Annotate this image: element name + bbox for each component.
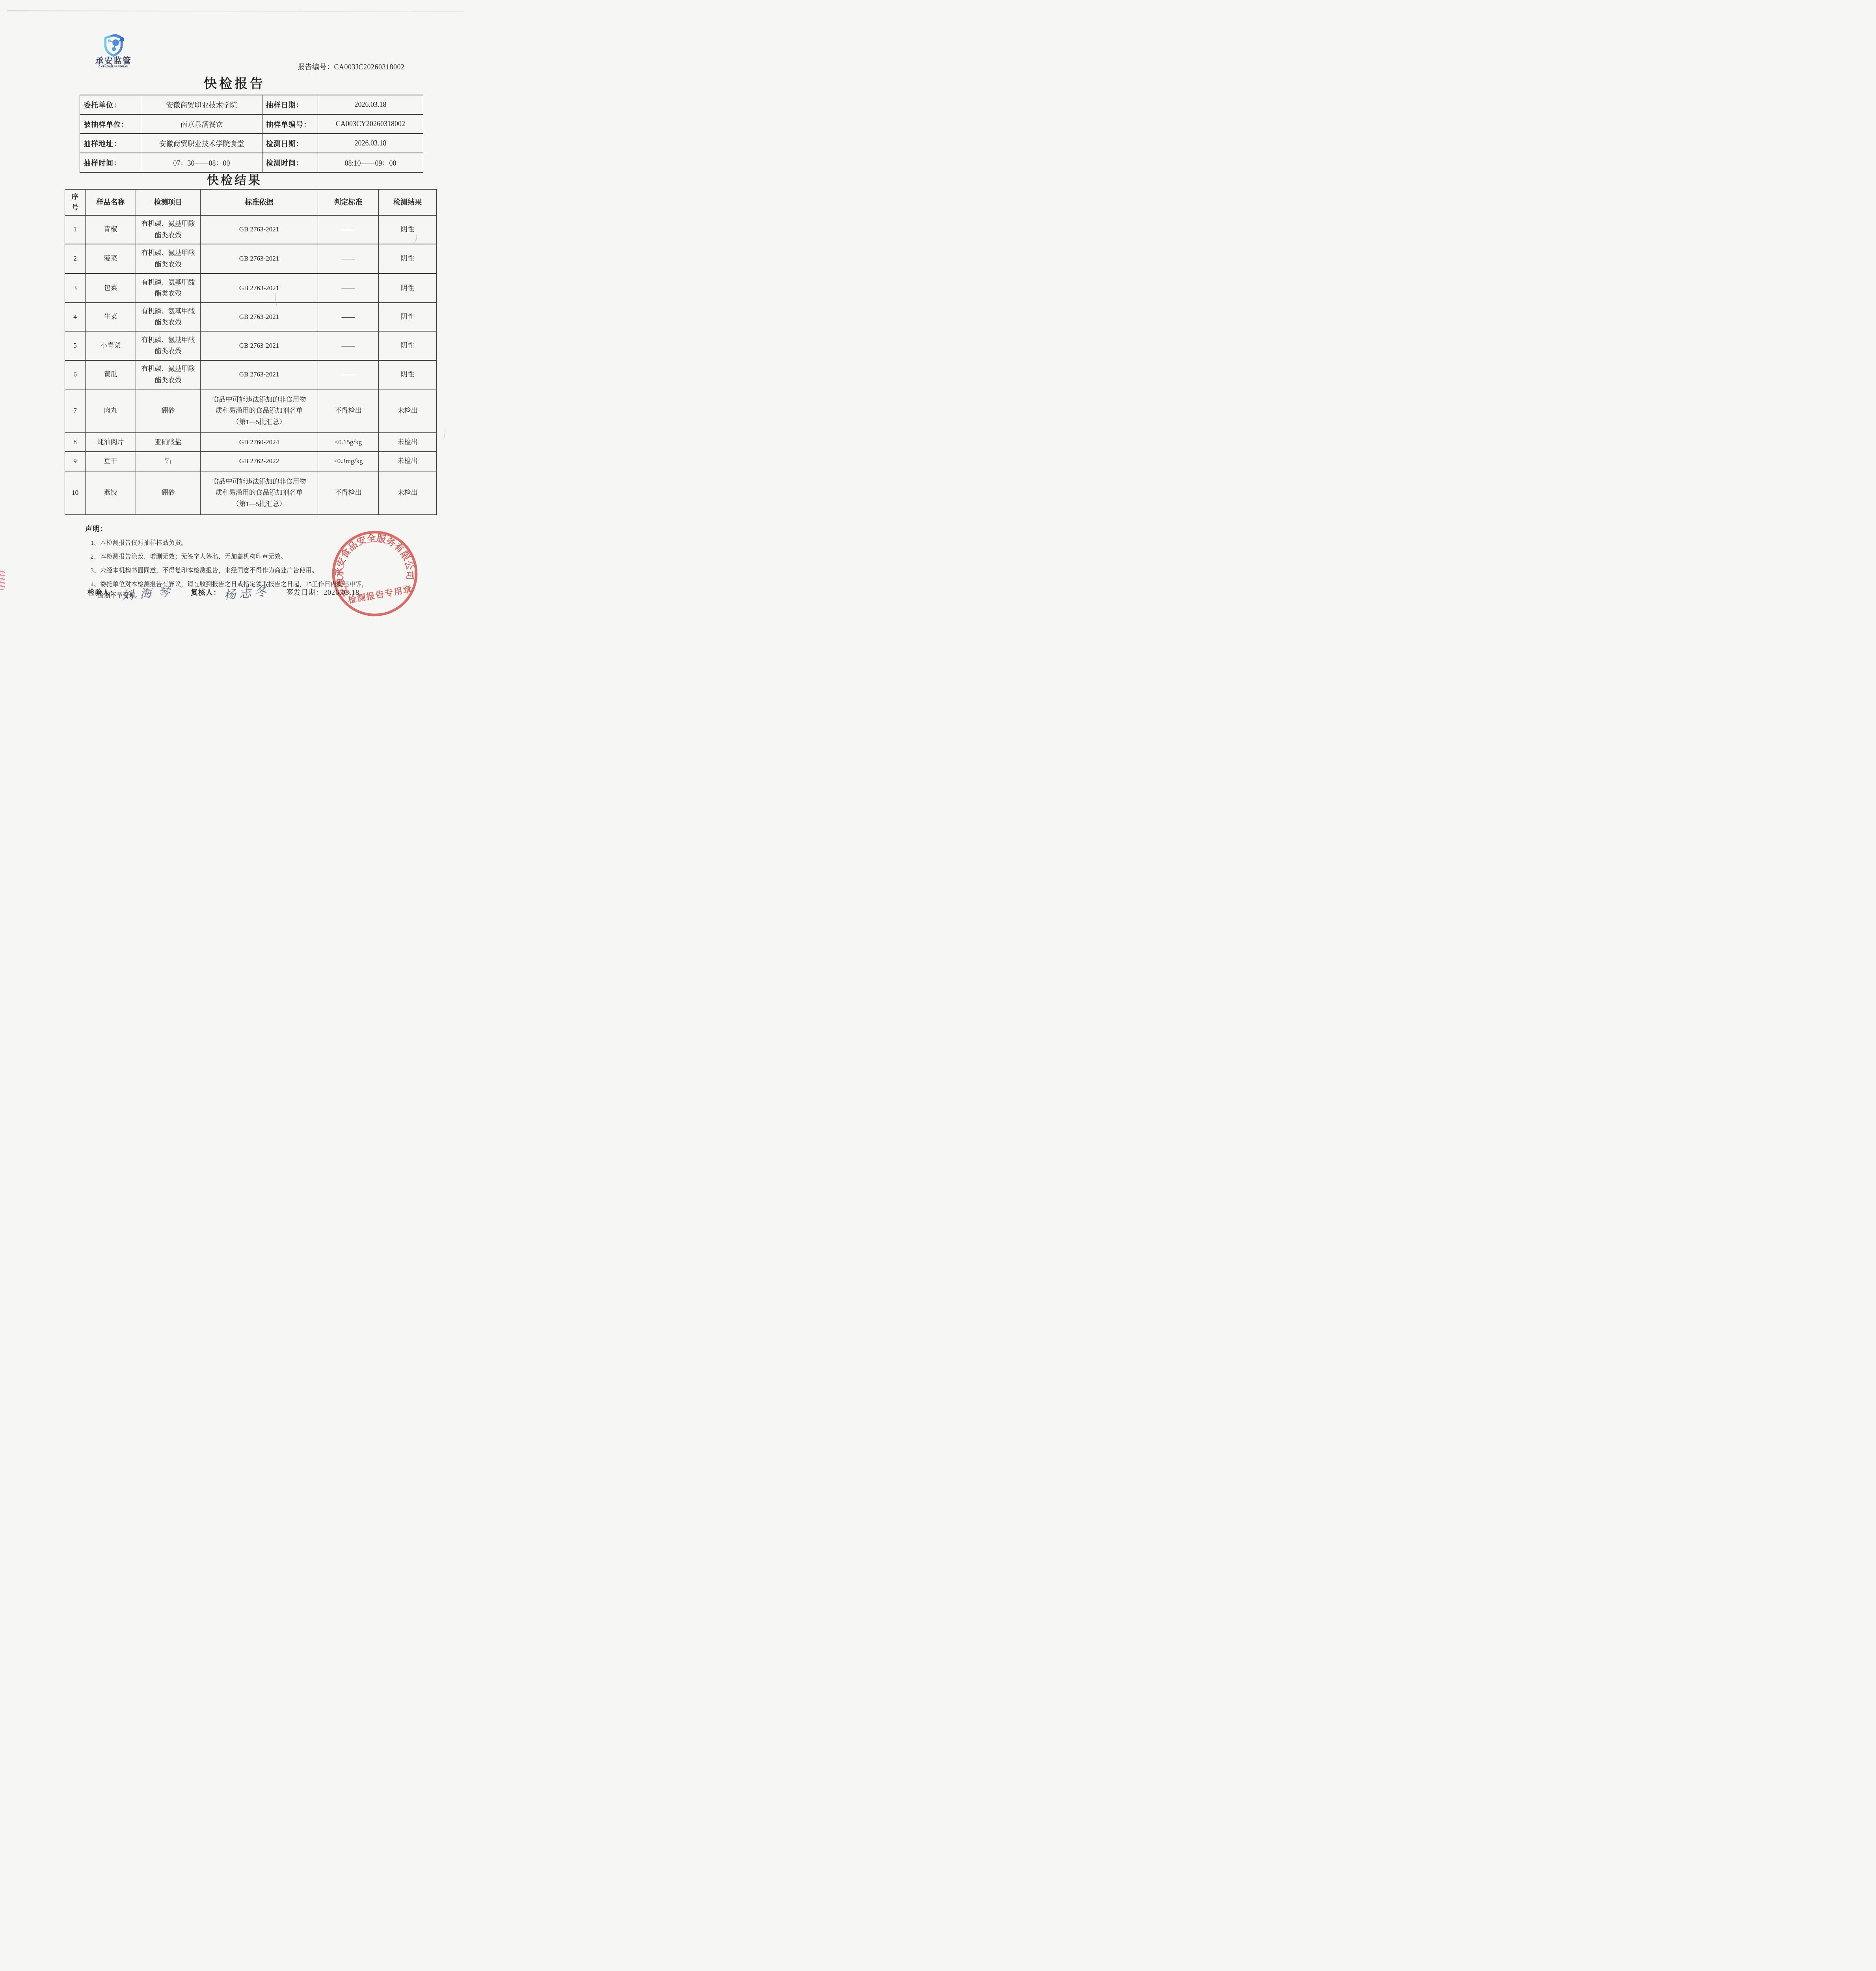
- result-cell: 硼砂: [136, 471, 201, 515]
- result-cell: 菠菜: [86, 244, 136, 274]
- result-cell: ——: [318, 331, 379, 360]
- info-label-cell: 委托单位：: [80, 95, 141, 114]
- result-cell: 未检出: [379, 452, 437, 471]
- result-cell: GB 2763-2021: [201, 244, 318, 274]
- result-cell: 有机磷、氨基甲酸酯类农残: [136, 274, 201, 303]
- result-cell: 未检出: [379, 389, 437, 433]
- info-label-cell: 抽样时间：: [80, 153, 141, 172]
- result-cell: 阴性: [379, 331, 437, 360]
- result-cell: GB 2763-2021: [201, 303, 318, 331]
- result-cell: GB 2762-2022: [201, 452, 318, 471]
- result-row: 4生菜有机磷、氨基甲酸酯类农残GB 2763-2021——阴性: [65, 303, 437, 331]
- result-row: 10燕饺硼砂食品中可能违法添加的非食用物质和易滥用的食品添加剂名单（第1—5批汇…: [65, 471, 437, 515]
- result-cell: GB 2763-2021: [201, 215, 318, 244]
- column-header-standard: 标准依据: [201, 189, 318, 215]
- result-cell: GB 2763-2021: [201, 360, 318, 389]
- column-header-result: 检测结果: [379, 189, 437, 215]
- report-number-value: CA003JC20260318002: [334, 63, 405, 71]
- result-row: 9豆干铅GB 2762-2022≤0.3mg/kg未检出: [65, 452, 437, 471]
- scanned-report-page: { "logo": { "title": "承安监管", "subtitle":…: [0, 0, 469, 663]
- info-row: 被抽样单位：南京泉满餐饮抽样单编号：CA003CY20260318002: [80, 114, 423, 134]
- organization-logo: 承安监管 CHENGANJIANGUAN: [94, 33, 133, 68]
- result-cell: 硼砂: [136, 389, 201, 433]
- result-cell: 8: [65, 433, 86, 452]
- result-cell: 有机磷、氨基甲酸酯类农残: [136, 244, 201, 274]
- result-cell: 6: [65, 360, 86, 389]
- result-cell: 有机磷、氨基甲酸酯类农残: [136, 303, 201, 331]
- result-cell: 3: [65, 274, 86, 303]
- info-row: 委托单位：安徽商贸职业技术学院抽样日期：2026.03.18: [80, 95, 423, 114]
- report-number: 报告编号：CA003JC20260318002: [298, 61, 405, 72]
- column-header-item: 检测项目: [136, 189, 201, 215]
- result-cell: 7: [65, 389, 86, 433]
- issue-date-label: 签发日期：: [286, 589, 324, 596]
- result-cell: 有机磷、氨基甲酸酯类农残: [136, 360, 201, 389]
- result-cell: ——: [318, 244, 379, 274]
- result-cell: 有机磷、氨基甲酸酯类农残: [136, 215, 201, 244]
- result-cell: ≤0.3mg/kg: [318, 452, 379, 471]
- result-cell: 铅: [136, 452, 201, 471]
- result-cell: ——: [318, 360, 379, 389]
- column-header-seq: 序号: [65, 189, 86, 215]
- info-value-cell: 南京泉满餐饮: [141, 114, 262, 134]
- result-cell: 未检出: [379, 433, 437, 452]
- logo-subtitle: CHENGANJIANGUAN: [94, 65, 133, 68]
- result-cell: 1: [65, 215, 86, 244]
- scan-artifact-mark: [440, 428, 446, 440]
- result-cell: 阴性: [379, 303, 437, 331]
- shield-molecule-icon: [94, 33, 133, 57]
- result-cell: GB 2763-2021: [201, 274, 318, 303]
- column-header-criterion: 判定标准: [318, 189, 379, 215]
- result-cell: 包菜: [86, 274, 136, 303]
- scan-artifact-line: [7, 10, 464, 11]
- result-cell: ——: [318, 274, 379, 303]
- info-row: 抽样地址：安徽商贸职业技术学院食堂检测日期：2026.03.18: [80, 134, 423, 153]
- info-label-cell: 抽样单编号：: [262, 114, 318, 134]
- document-title: 快检报告: [0, 73, 469, 92]
- inspector-label: 检验人：: [87, 587, 117, 597]
- info-label-cell: 抽样地址：: [80, 134, 141, 153]
- info-value-cell: CA003CY20260318002: [318, 114, 423, 134]
- statement-title: 声明：: [85, 523, 369, 534]
- result-row: 7肉丸硼砂食品中可能违法添加的非食用物质和易滥用的食品添加剂名单（第1—5批汇总…: [65, 389, 437, 433]
- result-cell: 小青菜: [86, 331, 136, 360]
- result-cell: 蚝油肉片: [86, 433, 136, 452]
- result-cell: 2: [65, 244, 86, 274]
- info-value-cell: 安徽商贸职业技术学院: [141, 95, 262, 114]
- logo-title: 承安监管: [94, 57, 133, 65]
- result-cell: 4: [65, 303, 86, 331]
- info-value-cell: 2026.03.18: [318, 95, 423, 114]
- result-cell: 5: [65, 331, 86, 360]
- results-header-row: 序号 样品名称 检测项目 标准依据 判定标准 检测结果: [65, 189, 437, 215]
- info-label-cell: 被抽样单位：: [80, 114, 141, 134]
- result-cell: 燕饺: [86, 471, 136, 515]
- info-value-cell: 07：30——08：00: [141, 153, 262, 172]
- info-row: 抽样时间：07：30——08：00检测时间：08:10——09：00: [80, 153, 423, 172]
- result-cell: 青椒: [86, 215, 136, 244]
- column-header-sample: 样品名称: [86, 189, 136, 215]
- result-cell: GB 2763-2021: [201, 331, 318, 360]
- result-cell: 阴性: [379, 274, 437, 303]
- result-row: 1青椒有机磷、氨基甲酸酯类农残GB 2763-2021——阴性: [65, 215, 437, 244]
- result-cell: 不得检出: [318, 471, 379, 515]
- report-number-label: 报告编号：: [298, 63, 334, 71]
- result-cell: 阴性: [379, 244, 437, 274]
- result-cell: 不得检出: [318, 389, 379, 433]
- results-table-body: 1青椒有机磷、氨基甲酸酯类农残GB 2763-2021——阴性2菠菜有机磷、氨基…: [65, 215, 437, 515]
- reviewer-label: 复核人：: [191, 587, 221, 597]
- results-section-title: 快检结果: [0, 170, 469, 188]
- result-row: 5小青菜有机磷、氨基甲酸酯类农残GB 2763-2021——阴性: [65, 331, 437, 360]
- info-label-cell: 检测时间：: [262, 153, 318, 172]
- inspector-signature: 刘海琴: [121, 581, 179, 603]
- info-value-cell: 08:10——09：00: [318, 153, 423, 172]
- result-row: 3包菜有机磷、氨基甲酸酯类农残GB 2763-2021——阴性: [65, 274, 437, 303]
- partial-stamp-fragment: [0, 569, 5, 590]
- result-cell: ≤0.15g/kg: [318, 433, 379, 452]
- sample-info-table: 委托单位：安徽商贸职业技术学院抽样日期：2026.03.18被抽样单位：南京泉满…: [80, 95, 423, 173]
- result-cell: 9: [65, 452, 86, 471]
- reviewer-signature: 杨志冬: [223, 581, 272, 603]
- result-cell: 未检出: [379, 471, 437, 515]
- result-cell: 食品中可能违法添加的非食用物质和易滥用的食品添加剂名单（第1—5批汇总）: [201, 389, 318, 433]
- result-cell: 豆干: [86, 452, 136, 471]
- result-row: 6黄瓜有机磷、氨基甲酸酯类农残GB 2763-2021——阴性: [65, 360, 437, 389]
- info-label-cell: 抽样日期：: [262, 95, 318, 114]
- sample-info-body: 委托单位：安徽商贸职业技术学院抽样日期：2026.03.18被抽样单位：南京泉满…: [80, 95, 423, 172]
- result-cell: 阴性: [379, 215, 437, 244]
- info-label-cell: 检测日期：: [262, 134, 318, 153]
- result-cell: 亚硝酸盐: [136, 433, 201, 452]
- info-value-cell: 2026.03.18: [318, 134, 423, 153]
- result-cell: ——: [318, 303, 379, 331]
- result-cell: 有机磷、氨基甲酸酯类农残: [136, 331, 201, 360]
- result-cell: ——: [318, 215, 379, 244]
- result-cell: 10: [65, 471, 86, 515]
- result-cell: 阴性: [379, 360, 437, 389]
- result-row: 2菠菜有机磷、氨基甲酸酯类农残GB 2763-2021——阴性: [65, 244, 437, 274]
- result-cell: GB 2760-2024: [201, 433, 318, 452]
- results-table: 序号 样品名称 检测项目 标准依据 判定标准 检测结果 1青椒有机磷、氨基甲酸酯…: [65, 189, 437, 515]
- result-cell: 生菜: [86, 303, 136, 331]
- result-cell: 肉丸: [86, 389, 136, 433]
- result-cell: 黄瓜: [86, 360, 136, 389]
- info-value-cell: 安徽商贸职业技术学院食堂: [141, 134, 262, 153]
- result-row: 8蚝油肉片亚硝酸盐GB 2760-2024≤0.15g/kg未检出: [65, 433, 437, 452]
- result-cell: 食品中可能违法添加的非食用物质和易滥用的食品添加剂名单（第1—5批汇总）: [201, 471, 318, 515]
